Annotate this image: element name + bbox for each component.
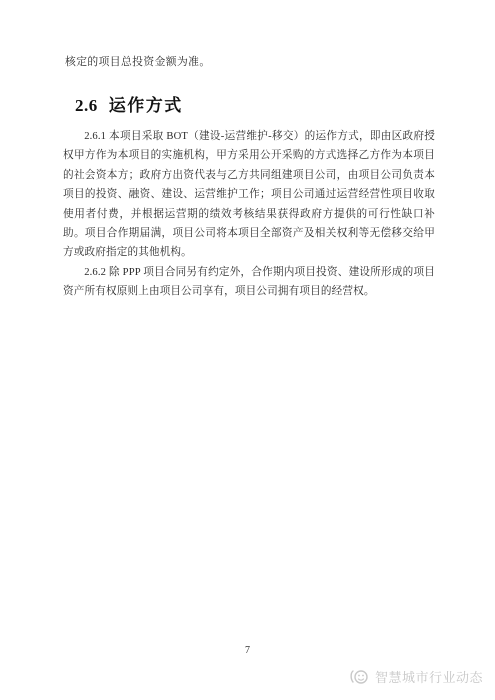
watermark-text: 智慧城市行业动态	[375, 667, 483, 686]
watermark-logo-icon	[348, 669, 370, 685]
document-content: 核定的项目总投资金额为准。 2.6运作方式 2.6.1 本项目采取 BOT（建设…	[63, 0, 435, 302]
paragraph-continuation: 核定的项目总投资金额为准。	[65, 54, 435, 70]
page-number: 7	[0, 645, 495, 656]
document-page: 核定的项目总投资金额为准。 2.6运作方式 2.6.1 本项目采取 BOT（建设…	[0, 0, 495, 700]
paragraph-2-6-1: 2.6.1 本项目采取 BOT（建设-运营维护-移交）的运作方式，即由区政府授权…	[63, 127, 435, 263]
watermark: 智慧城市行业动态	[348, 667, 483, 686]
paragraph-2-6-2: 2.6.2 除 PPP 项目合同另有约定外，合作期内项目投资、建设所形成的项目资…	[63, 263, 435, 302]
section-heading-title: 运作方式	[109, 96, 183, 115]
section-heading-number: 2.6	[75, 96, 98, 115]
section-heading: 2.6运作方式	[75, 94, 435, 118]
